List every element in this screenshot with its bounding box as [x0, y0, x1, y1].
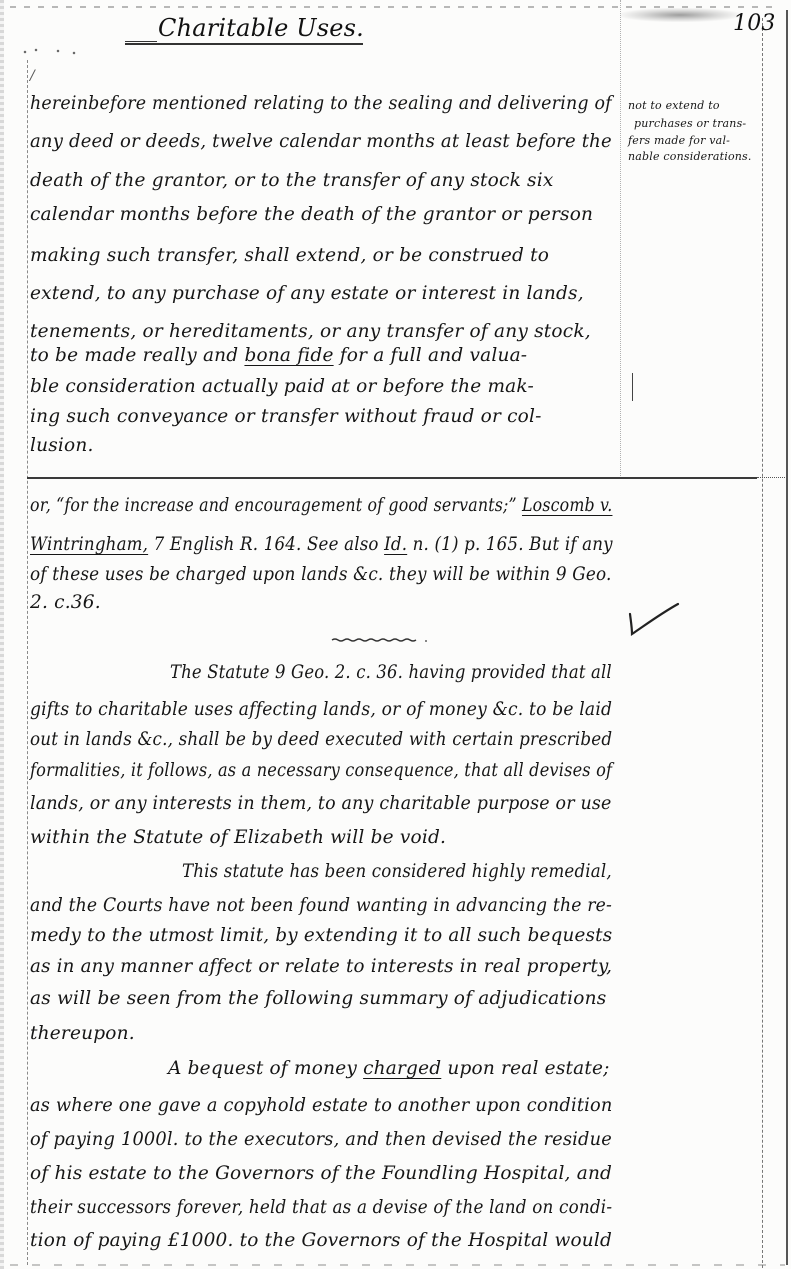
text-line: as in any manner affect or relate to int…: [30, 958, 612, 977]
text-line: to be made really and bona fide for a fu…: [30, 347, 527, 366]
text-run: 7 English R. 164. See also: [148, 534, 384, 555]
margin-note-line: not to extend to: [628, 100, 720, 111]
text-line: of these uses be charged upon lands &c. …: [30, 566, 612, 585]
ink-smudge: [620, 8, 740, 22]
text-line: within the Statute of Elizabeth will be …: [30, 829, 446, 848]
text-run: n. (1) p. 165. But if any: [407, 534, 613, 555]
manuscript-page: Charitable Uses. 103 / hereinbefore ment…: [0, 0, 791, 1269]
text-line: tion of paying £1000. to the Governors o…: [30, 1232, 612, 1251]
text-margin-rule: [620, 0, 621, 476]
case-citation: Wintringham,: [30, 534, 148, 555]
corner-mark: /: [30, 68, 35, 84]
text-run: for a full and valua-: [334, 345, 528, 366]
text-line: 2. c.36.: [30, 594, 101, 613]
left-margin-rule: [27, 60, 28, 1265]
margin-tick: [632, 373, 633, 401]
text-line: lands, or any interests in them, to any …: [30, 795, 612, 814]
title-underline: [125, 43, 363, 45]
text-run: or, “for the increase and encouragement …: [30, 495, 522, 516]
text-line: making such transfer, shall extend, or b…: [30, 247, 549, 266]
section-divider: [27, 477, 757, 479]
text-line: medy to the utmost limit, by extending i…: [30, 927, 612, 946]
text-line: ing such conveyance or transfer without …: [30, 408, 542, 427]
bottom-ruled-edge: [10, 1264, 785, 1266]
margin-note-line: nable considerations.: [628, 151, 752, 162]
text-line: extend, to any purchase of any estate or…: [30, 285, 584, 304]
section-divider-tail: [757, 477, 787, 478]
text-run: upon real estate;: [441, 1058, 609, 1079]
text-line: of paying 1000l. to the executors, and t…: [30, 1131, 612, 1150]
text-line: A bequest of money charged upon real est…: [168, 1060, 610, 1079]
case-citation: Loscomb v.: [522, 495, 612, 516]
text-line: thereupon.: [30, 1025, 135, 1044]
title-underline-lead: [125, 41, 157, 42]
text-line: Wintringham, 7 English R. 164. See also …: [30, 536, 613, 555]
text-line: their successors forever, held that as a…: [30, 1199, 612, 1218]
case-citation: Id.: [384, 534, 407, 555]
text-line: gifts to charitable uses affecting lands…: [30, 701, 612, 720]
text-line: as where one gave a copyhold estate to a…: [30, 1097, 613, 1116]
text-run: A bequest of money: [168, 1058, 363, 1079]
text-line: lusion.: [30, 437, 94, 456]
text-line: and the Courts have not been found wanti…: [30, 897, 612, 916]
text-line: or, “for the increase and encouragement …: [30, 497, 612, 516]
stray-ink-dots: [22, 48, 82, 68]
text-line: hereinbefore mentioned relating to the s…: [30, 95, 612, 114]
scan-edge: [0, 0, 4, 1269]
text-line: out in lands &c., shall be by deed execu…: [30, 731, 612, 750]
text-line: tenements, or hereditaments, or any tran…: [30, 323, 591, 342]
page-edge-rule: [786, 10, 788, 1265]
text-line: any deed or deeds, twelve calendar month…: [30, 133, 612, 152]
checkmark-icon: [622, 600, 682, 650]
page-number: 103: [733, 11, 776, 36]
text-run: to be made really and: [30, 345, 244, 366]
text-line: calendar months before the death of the …: [30, 206, 593, 225]
wavy-separator: [330, 637, 430, 643]
underlined-phrase: bona fide: [244, 345, 333, 366]
text-line: death of the grantor, or to the transfer…: [30, 172, 554, 191]
text-line: This statute has been considered highly …: [182, 863, 612, 882]
right-margin-rule: [762, 18, 763, 1268]
text-line: as will be seen from the following summa…: [30, 990, 606, 1009]
margin-note-line: fers made for val-: [628, 135, 730, 146]
page-title: Charitable Uses.: [158, 14, 364, 42]
underlined-word: charged: [363, 1058, 441, 1079]
text-line: ble consideration actually paid at or be…: [30, 378, 534, 397]
text-line: formalities, it follows, as a necessary …: [30, 762, 612, 781]
text-line: The Statute 9 Geo. 2. c. 36. having prov…: [170, 664, 612, 683]
margin-note-line: purchases or trans-: [634, 118, 746, 129]
text-line: of his estate to the Governors of the Fo…: [30, 1165, 612, 1184]
